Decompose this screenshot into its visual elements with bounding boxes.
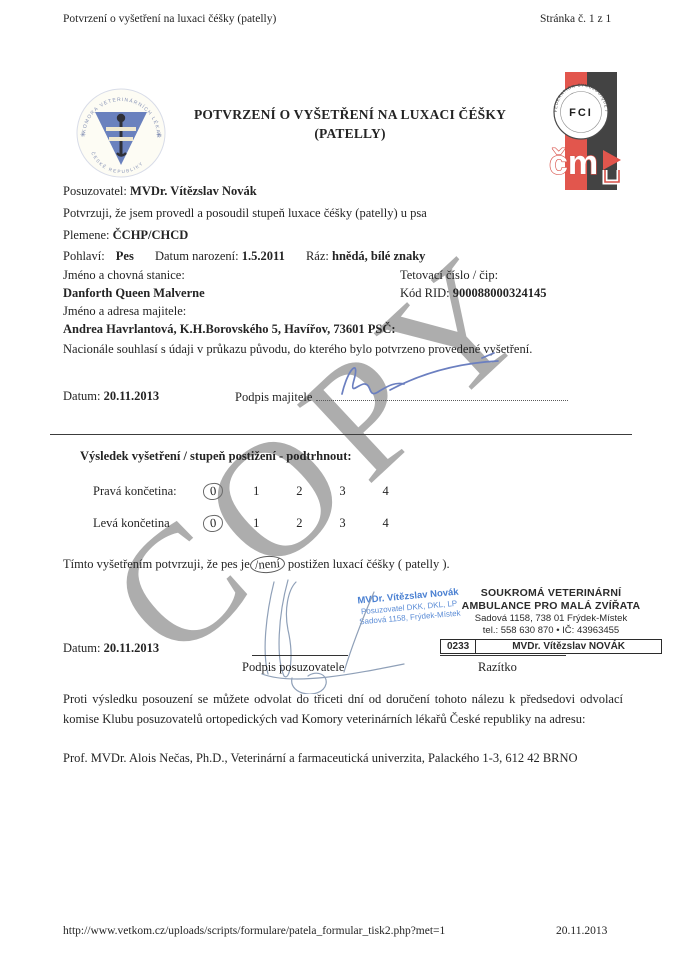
stanice-value: Danforth Queen Malverne	[63, 286, 205, 301]
posuzovatel-value: MVDr. Vítězslav Novák	[130, 184, 257, 198]
right-limb-label: Pravá končetina:	[93, 484, 190, 499]
document-title-line2: (PATELLY)	[160, 124, 540, 143]
document-page: COPY Potvrzení o vyšetření na luxaci čéš…	[0, 0, 683, 960]
appeal-paragraph: Proti výsledku posouzení se můžete odvol…	[63, 690, 623, 729]
pohlavi-value: Pes	[116, 249, 134, 263]
grade-option: 0	[193, 515, 233, 532]
veterinary-chamber-stamp-icon: KOMORA VETERINÁRNÍCH LÉKAŘŮ ČESKÉ REPUBL…	[73, 87, 169, 179]
fci-logo-icon: FÉDÉRATION CYNOLOGIQUE INTERNATIONALE FC…	[543, 70, 643, 192]
stanice-label: Jméno a chovná stanice:	[63, 268, 185, 283]
svg-text:čm: čm	[549, 144, 598, 182]
podpis-posuzovatele-label: Podpis posuzovatele	[242, 660, 344, 675]
confirmation-line: Tímto vyšetřením potvrzuji, že pes je/ne…	[63, 556, 450, 573]
grade-option: 3	[323, 516, 363, 531]
examiner-signature	[222, 572, 432, 694]
narozeni-value: 1.5.2011	[242, 249, 285, 263]
document-title: POTVRZENÍ O VYŠETŘENÍ NA LUXACI ČÉŠKY (P…	[160, 105, 540, 143]
results-heading: Výsledek vyšetření / stupeň postižení - …	[80, 449, 352, 464]
grade-option: 2	[279, 516, 319, 531]
fci-cmku-logo: FÉDÉRATION CYNOLOGIQUE INTERNATIONALE FC…	[543, 70, 643, 192]
rid-label: Kód RID:	[400, 286, 450, 300]
tetovani-label: Tetovací číslo / čip:	[400, 268, 498, 283]
document-title-line1: POTVRZENÍ O VYŠETŘENÍ NA LUXACI ČÉŠKY	[160, 105, 540, 124]
page-number: Stránka č. 1 z 1	[540, 13, 611, 25]
appeal-address: Prof. MVDr. Alois Nečas, Ph.D., Veteriná…	[63, 749, 623, 769]
razitko-label: Razítko	[478, 660, 517, 675]
field-rid: Kód RID: 900088000324145	[400, 286, 547, 301]
raz-value: hnědá, bílé znaky	[332, 249, 425, 263]
owner-signature	[332, 352, 507, 402]
grade-option: 0	[193, 483, 233, 500]
left-limb-label: Levá končetina	[93, 516, 190, 531]
grade-option: 4	[366, 484, 406, 499]
veterinary-chamber-logo: KOMORA VETERINÁRNÍCH LÉKAŘŮ ČESKÉ REPUBL…	[73, 87, 169, 179]
examiner-signature-line	[252, 655, 348, 656]
section-divider	[50, 434, 632, 435]
results-row-left: Levá končetina 0 1 2 3 4	[93, 515, 406, 532]
field-datum-1: Datum: 20.11.2013	[63, 389, 159, 404]
majitel-value: Andrea Havrlantová, K.H.Borovského 5, Ha…	[63, 322, 396, 337]
field-plemene: Plemene: ČCHP/CHCD	[63, 228, 188, 243]
statement-line: Potvrzuji, že jsem provedl a posoudil st…	[63, 206, 427, 221]
owner-signature-icon	[332, 352, 507, 402]
posuzovatel-label: Posuzovatel:	[63, 184, 127, 198]
clinic-stamp: SOUKROMÁ VETERINÁRNÍ AMBULANCE PRO MALÁ …	[440, 587, 662, 654]
datum2-value: 20.11.2013	[104, 641, 160, 655]
confirmation-prefix: Tímto vyšetřením potvrzuji, že pes je	[63, 557, 250, 571]
raz-label: Ráz:	[306, 249, 329, 263]
confirmation-suffix: postižen luxací čéšky ( patelly ).	[285, 557, 450, 571]
examiner-signature-icon	[222, 572, 432, 694]
clinic-stamp-line2: AMBULANCE PRO MALÁ ZVÍŘATA	[440, 600, 662, 613]
footer-date: 20.11.2013	[556, 925, 607, 937]
field-posuzovatel: Posuzovatel: MVDr. Vítězslav Novák	[63, 184, 257, 199]
footer-url: http://www.vetkom.cz/uploads/scripts/for…	[63, 925, 445, 937]
clinic-stamp-number: 0233	[441, 640, 476, 653]
datum-value: 20.11.2013	[104, 389, 160, 403]
clinic-stamp-line3: Sadová 1158, 738 01 Frýdek-Místek	[440, 613, 662, 625]
plemene-value: ČCHP/CHCD	[113, 228, 189, 242]
clinic-stamp-line1: SOUKROMÁ VETERINÁRNÍ	[440, 587, 662, 600]
datum2-label: Datum:	[63, 641, 101, 655]
narozeni-label: Datum narození:	[155, 249, 239, 263]
pohlavi-label: Pohlaví:	[63, 249, 105, 263]
datum-label: Datum:	[63, 389, 101, 403]
field-pohlavi-narozeni-raz: Pohlaví: Pes Datum narození: 1.5.2011 Rá…	[63, 249, 425, 264]
majitel-label: Jméno a adresa majitele:	[63, 304, 186, 319]
plemene-label: Plemene:	[63, 228, 110, 242]
svg-text:FCI: FCI	[569, 107, 593, 119]
field-datum-2: Datum: 20.11.2013	[63, 641, 159, 656]
grade-option: 1	[236, 484, 276, 499]
svg-text:✳: ✳	[80, 131, 86, 139]
selected-grade-circle: 0	[202, 514, 224, 533]
stamp-line	[440, 655, 566, 656]
selected-grade-circle: 0	[202, 482, 224, 501]
podpis-majitele-label: Podpis majitele	[235, 390, 312, 404]
grade-option: 3	[323, 484, 363, 499]
results-row-right: Pravá končetina: 0 1 2 3 4	[93, 483, 406, 500]
grade-option: 4	[366, 516, 406, 531]
clinic-stamp-id-box: 0233 MVDr. Vítězslav NOVÁK	[440, 639, 662, 654]
grade-option: 1	[236, 516, 276, 531]
clinic-stamp-vet-name: MVDr. Vítězslav NOVÁK	[476, 640, 661, 653]
header-title: Potvrzení o vyšetření na luxaci čéšky (p…	[63, 13, 276, 25]
rid-value: 900088000324145	[453, 286, 547, 300]
grade-option: 2	[279, 484, 319, 499]
clinic-stamp-line4: tel.: 558 630 870 • IČ: 43963455	[440, 625, 662, 637]
